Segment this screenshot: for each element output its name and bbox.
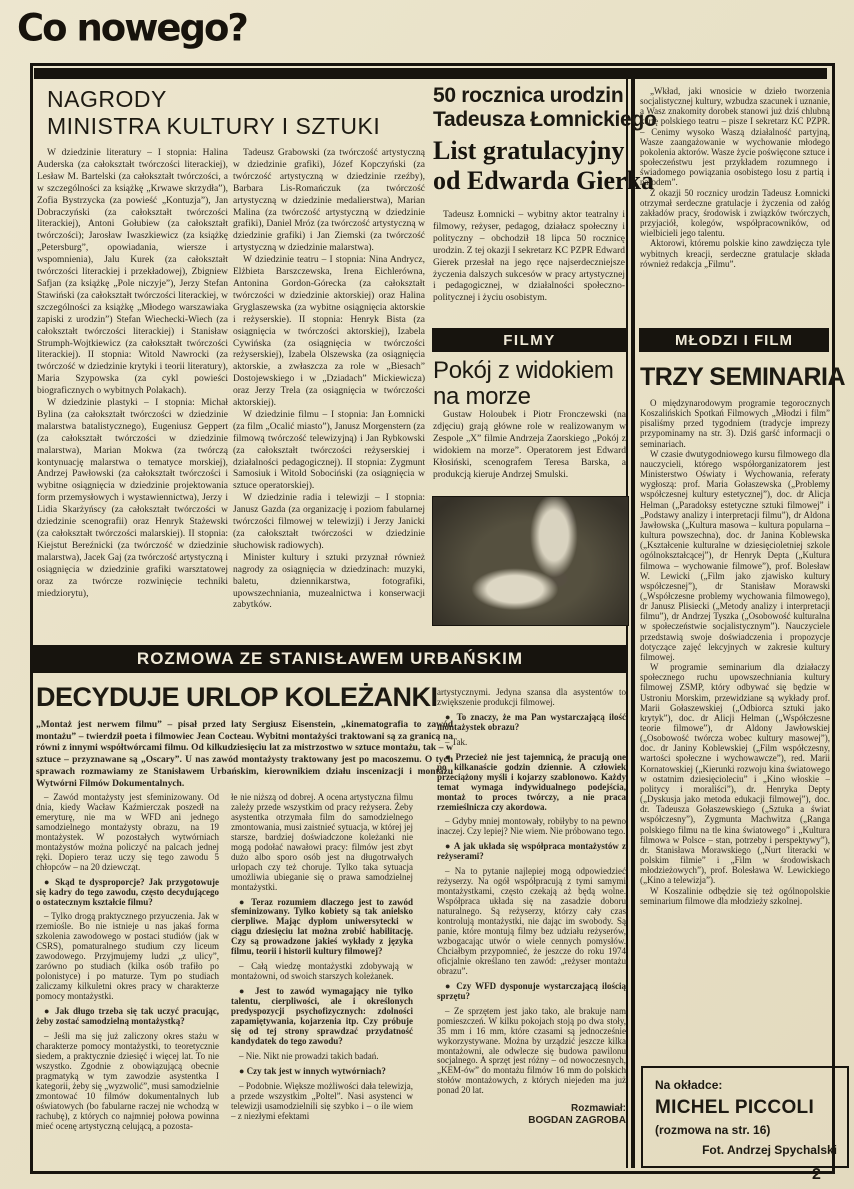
seminars-headline: TRZY SEMINARIA: [640, 364, 845, 390]
interview-column-1: – Zawód montażysty jest sfeminizowany. O…: [36, 793, 219, 1171]
paragraph: „Montaż jest nerwem filmu” – pisał przed…: [36, 720, 453, 790]
paragraph: „Wkład, jaki wnosicie w dzieło tworzenia…: [640, 86, 830, 188]
paragraph: Z okazji 50 rocznicy urodzin Tadeusz Łom…: [640, 188, 830, 239]
interview-question: ● A jak układa się współpraca montażystó…: [437, 842, 626, 862]
awards-headline-line1: NAGRODY: [47, 86, 380, 113]
paragraph: Tadeusz Grabowski (za twórczość artystyc…: [233, 148, 425, 255]
interview-lead: „Montaż jest nerwem filmu” – pisał przed…: [36, 720, 453, 794]
interview-question: ● Czy WFD dysponuje wystarczającą ilości…: [437, 982, 626, 1002]
cover-label: Na okładce:: [655, 1078, 837, 1092]
interview-answer: – Zawód montażysty jest sfeminizowany. O…: [36, 793, 219, 873]
anniversary-headline-line1: 50 rocznica urodzin: [433, 84, 657, 108]
page-number: 2: [812, 1166, 821, 1184]
film-text: Gustaw Holoubek i Piotr Fronczewski (na …: [433, 410, 626, 494]
interview-answer: – Nie. Nikt nie prowadzi takich badań.: [231, 1052, 413, 1062]
byline-label: Rozmawiał:: [437, 1103, 626, 1115]
interview-question: ● Jak długo trzeba się tak uczyć pracują…: [36, 1007, 219, 1027]
youth-section-bar: MŁODZI I FILM: [639, 328, 829, 352]
interview-answer: – Tylko drogą praktycznego przyuczenia. …: [36, 912, 219, 1002]
interview-answer: – Ze sprzętem jest jako tako, ale brakuj…: [437, 1007, 626, 1097]
interview-question: ● To znaczy, że ma Pan wystarczającą ilo…: [437, 713, 626, 733]
interview-answer: – Na to pytanie najlepiej mogą odpowiedz…: [437, 867, 626, 976]
letter-headline: List gratulacyjny od Edwarda Gierka: [433, 136, 654, 196]
interview-question: ● Czy tak jest w innych wytwórniach?: [231, 1067, 413, 1077]
interview-headline: DECYDUJE URLOP KOLEŻANKI: [36, 683, 438, 711]
paragraph: W dziedzinie plastyki – I stopnia: Micha…: [37, 398, 228, 600]
cover-info-box: Na okładce: MICHEL PICCOLI (rozmowa na s…: [641, 1066, 849, 1168]
film-still-photo: [432, 496, 629, 626]
letter-headline-line1: List gratulacyjny: [433, 136, 654, 166]
anniversary-headline: 50 rocznica urodzin Tadeusza Łomnickiego: [433, 84, 657, 132]
seminars-text: O międzynarodowym programie tegorocznych…: [640, 398, 830, 1040]
interview-answer: – Całą wiedzę montażystki zdobywają w mo…: [231, 962, 413, 982]
awards-column-1: W dziedzinie literatury – I stopnia: Hal…: [37, 148, 228, 666]
paragraph: W dziedzinie teatru – I stopnia: Nina An…: [233, 255, 425, 410]
paragraph: W czasie dwutygodniowego kursu filmowego…: [640, 449, 830, 662]
paragraph: Minister kultury i sztuki przyznał równi…: [233, 553, 425, 613]
interview-section-bar: ROZMOWA ZE STANISŁAWEM URBAŃSKIM: [33, 645, 627, 673]
letter-headline-line2: od Edwarda Gierka: [433, 166, 654, 196]
paragraph: O międzynarodowym programie tegorocznych…: [640, 398, 830, 449]
letter-quote-column: „Wkład, jaki wnosicie w dzieło tworzenia…: [640, 86, 830, 324]
interview-answer: – Jeśli ma się już zaliczony okres stażu…: [36, 1032, 219, 1132]
paragraph: W programie seminarium dla działaczy spo…: [640, 662, 830, 885]
paragraph: Aktorowi, któremu polskie kino zawdzięcz…: [640, 238, 830, 268]
awards-column-2: Tadeusz Grabowski (za twórczość artystyc…: [233, 148, 425, 666]
interview-question: ● Jest to zawód wymagający nie tylko tal…: [231, 987, 413, 1047]
cover-name: MICHEL PICCOLI: [655, 1097, 837, 1119]
paragraph: W dziedzinie radia i telewizji – I stopn…: [233, 493, 425, 553]
cover-photo-credit: Fot. Andrzej Spychalski: [655, 1143, 837, 1157]
interview-question: ● Przecież nie jest tajemnicą, że pracuj…: [437, 753, 626, 813]
byline-name: BOGDAN ZAGROBA: [437, 1115, 626, 1127]
interview-answer: – Gdyby mniej montowały, robiłyby to na …: [437, 817, 626, 837]
film-headline: Pokój z widokiem na morze: [433, 358, 627, 410]
interview-question: ● Skąd te dysproporcje? Jak przygotowuje…: [36, 878, 219, 908]
paragraph: W Koszalinie odbędzie się też ogólnopols…: [640, 886, 830, 906]
section-logo: Co nowego?: [17, 6, 247, 50]
interview-answer: artystycznymi. Jedyna szansa dla asysten…: [437, 688, 626, 708]
interview-answer: – Podobnie. Większe możliwości dała tele…: [231, 1082, 413, 1122]
anniversary-headline-line2: Tadeusza Łomnickiego: [433, 108, 657, 132]
interview-column-2: łe nie niższą od dobrej. A ocena artysty…: [231, 793, 413, 1171]
cover-note: (rozmowa na str. 16): [655, 1123, 837, 1137]
interview-byline: Rozmawiał: BOGDAN ZAGROBA: [437, 1103, 626, 1127]
paragraph: Gustaw Holoubek i Piotr Fronczewski (na …: [433, 410, 626, 481]
column-divider-thick: [631, 79, 635, 1168]
interview-column-3: artystycznymi. Jedyna szansa dla asysten…: [437, 688, 626, 1170]
anniversary-lead: Tadeusz Łomnicki – wybitny aktor teatral…: [433, 210, 625, 326]
paragraph: Tadeusz Łomnicki – wybitny aktor teatral…: [433, 210, 625, 305]
paragraph: W dziedzinie filmu – I stopnia: Jan Łomn…: [233, 410, 425, 493]
awards-headline-line2: MINISTRA KULTURY I SZTUKI: [47, 113, 380, 140]
interview-answer: – Tak.: [437, 738, 626, 748]
magazine-page: Co nowego? NAGRODY MINISTRA KULTURY I SZ…: [0, 0, 854, 1189]
interview-answer: łe nie niższą od dobrej. A ocena artysty…: [231, 793, 413, 893]
top-rule-bar: [34, 68, 827, 79]
interview-question: ● Teraz rozumiem dlaczego jest to zawód …: [231, 898, 413, 958]
awards-headline: NAGRODY MINISTRA KULTURY I SZTUKI: [47, 86, 380, 140]
films-section-bar: FILMY: [432, 328, 627, 352]
paragraph: W dziedzinie literatury – I stopnia: Hal…: [37, 148, 228, 398]
